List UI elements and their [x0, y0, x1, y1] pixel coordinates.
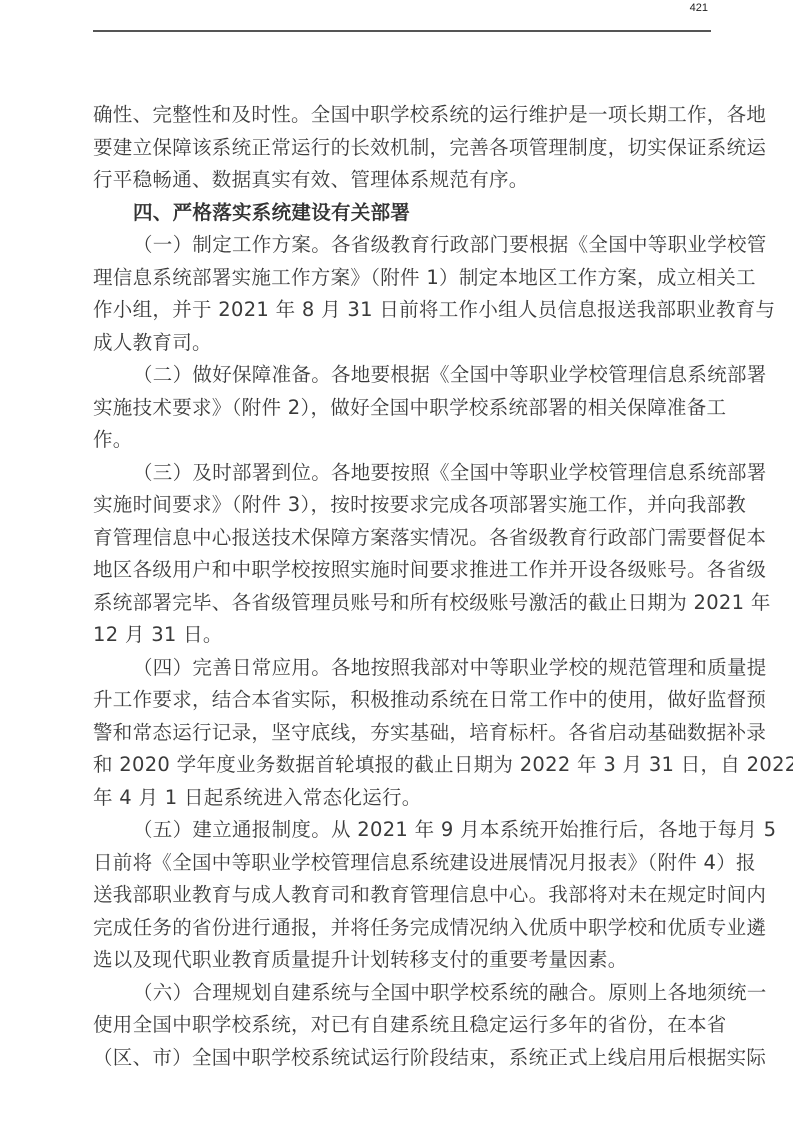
text-line: 作。: [93, 424, 713, 457]
text-line: 12 月 31 日。: [93, 619, 713, 652]
text-line: 实施时间要求》（附件 3），按时按要求完成各项部署实施工作，并向我部教: [93, 489, 713, 522]
text-line: 作小组，并于 2021 年 8 月 31 日前将工作小组人员信息报送我部职业教育…: [93, 294, 713, 327]
text-line: 选以及现代职业教育质量提升计划转移支付的重要考量因素。: [93, 944, 713, 977]
text-line: 日前将《全国中等职业学校管理信息系统建设进展情况月报表》（附件 4）报: [93, 847, 713, 880]
text-line: （五）建立通报制度。从 2021 年 9 月本系统开始推行后，各地于每月 5: [93, 814, 713, 847]
paragraph: （六）合理规划自建系统与全国中职学校系统的融合。原则上各地须统一 使用全国中职学…: [93, 977, 713, 1075]
paragraph: （五）建立通报制度。从 2021 年 9 月本系统开始推行后，各地于每月 5 日…: [93, 814, 713, 977]
text-line: （二）做好保障准备。各地要根据《全国中等职业学校管理信息系统部署: [93, 359, 713, 392]
text-line: 年 4 月 1 日起系统进入常态化运行。: [93, 782, 713, 815]
header-rule: [93, 30, 711, 32]
page-number: 421: [690, 2, 708, 14]
text-line: （一）制定工作方案。各省级教育行政部门要根据《全国中等职业学校管: [93, 229, 713, 262]
text-line: 警和常态运行记录，坚守底线，夯实基础，培育标杆。各省启动基础数据补录: [93, 717, 713, 750]
text-line: 确性、完整性和及时性。全国中职学校系统的运行维护是一项长期工作，各地: [93, 99, 713, 132]
text-line: （四）完善日常应用。各地按照我部对中等职业学校的规范管理和质量提: [93, 652, 713, 685]
text-line: 实施技术要求》（附件 2），做好全国中职学校系统部署的相关保障准备工: [93, 392, 713, 425]
paragraph: 确性、完整性和及时性。全国中职学校系统的运行维护是一项长期工作，各地 要建立保障…: [93, 99, 713, 197]
text-line: 成人教育司。: [93, 327, 713, 360]
section-heading-text: 四、严格落实系统建设有关部署: [93, 197, 713, 230]
text-line: 送我部职业教育与成人教育司和教育管理信息中心。我部将对未在规定时间内: [93, 879, 713, 912]
text-line: 地区各级用户和中职学校按照实施时间要求推进工作并开设各级账号。各省级: [93, 554, 713, 587]
text-line: 育管理信息中心报送技术保障方案落实情况。各省级教育行政部门需要督促本: [93, 522, 713, 555]
text-line: 系统部署完毕、各省级管理员账号和所有校级账号激活的截止日期为 2021 年: [93, 587, 713, 620]
document-body: 确性、完整性和及时性。全国中职学校系统的运行维护是一项长期工作，各地 要建立保障…: [93, 99, 713, 1074]
text-line: （区、市）全国中职学校系统试运行阶段结束，系统正式上线启用后根据实际: [93, 1042, 713, 1075]
text-line: 升工作要求，结合本省实际，积极推动系统在日常工作中的使用，做好监督预: [93, 684, 713, 717]
text-line: 和 2020 学年度业务数据首轮填报的截止日期为 2022 年 3 月 31 日…: [93, 749, 713, 782]
text-line: 使用全国中职学校系统，对已有自建系统且稳定运行多年的省份，在本省: [93, 1009, 713, 1042]
text-line: 要建立保障该系统正常运行的长效机制，完善各项管理制度，切实保证系统运: [93, 132, 713, 165]
text-line: （六）合理规划自建系统与全国中职学校系统的融合。原则上各地须统一: [93, 977, 713, 1010]
paragraph: （一）制定工作方案。各省级教育行政部门要根据《全国中等职业学校管 理信息系统部署…: [93, 229, 713, 359]
paragraph: （三）及时部署到位。各地要按照《全国中等职业学校管理信息系统部署 实施时间要求》…: [93, 457, 713, 652]
text-line: 行平稳畅通、数据真实有效、管理体系规范有序。: [93, 164, 713, 197]
paragraph: （二）做好保障准备。各地要根据《全国中等职业学校管理信息系统部署 实施技术要求》…: [93, 359, 713, 457]
section-heading: 四、严格落实系统建设有关部署: [93, 197, 713, 230]
text-line: （三）及时部署到位。各地要按照《全国中等职业学校管理信息系统部署: [93, 457, 713, 490]
paragraph: （四）完善日常应用。各地按照我部对中等职业学校的规范管理和质量提 升工作要求，结…: [93, 652, 713, 815]
text-line: 理信息系统部署实施工作方案》（附件 1）制定本地区工作方案，成立相关工: [93, 262, 713, 295]
text-line: 完成任务的省份进行通报，并将任务完成情况纳入优质中职学校和优质专业遴: [93, 912, 713, 945]
